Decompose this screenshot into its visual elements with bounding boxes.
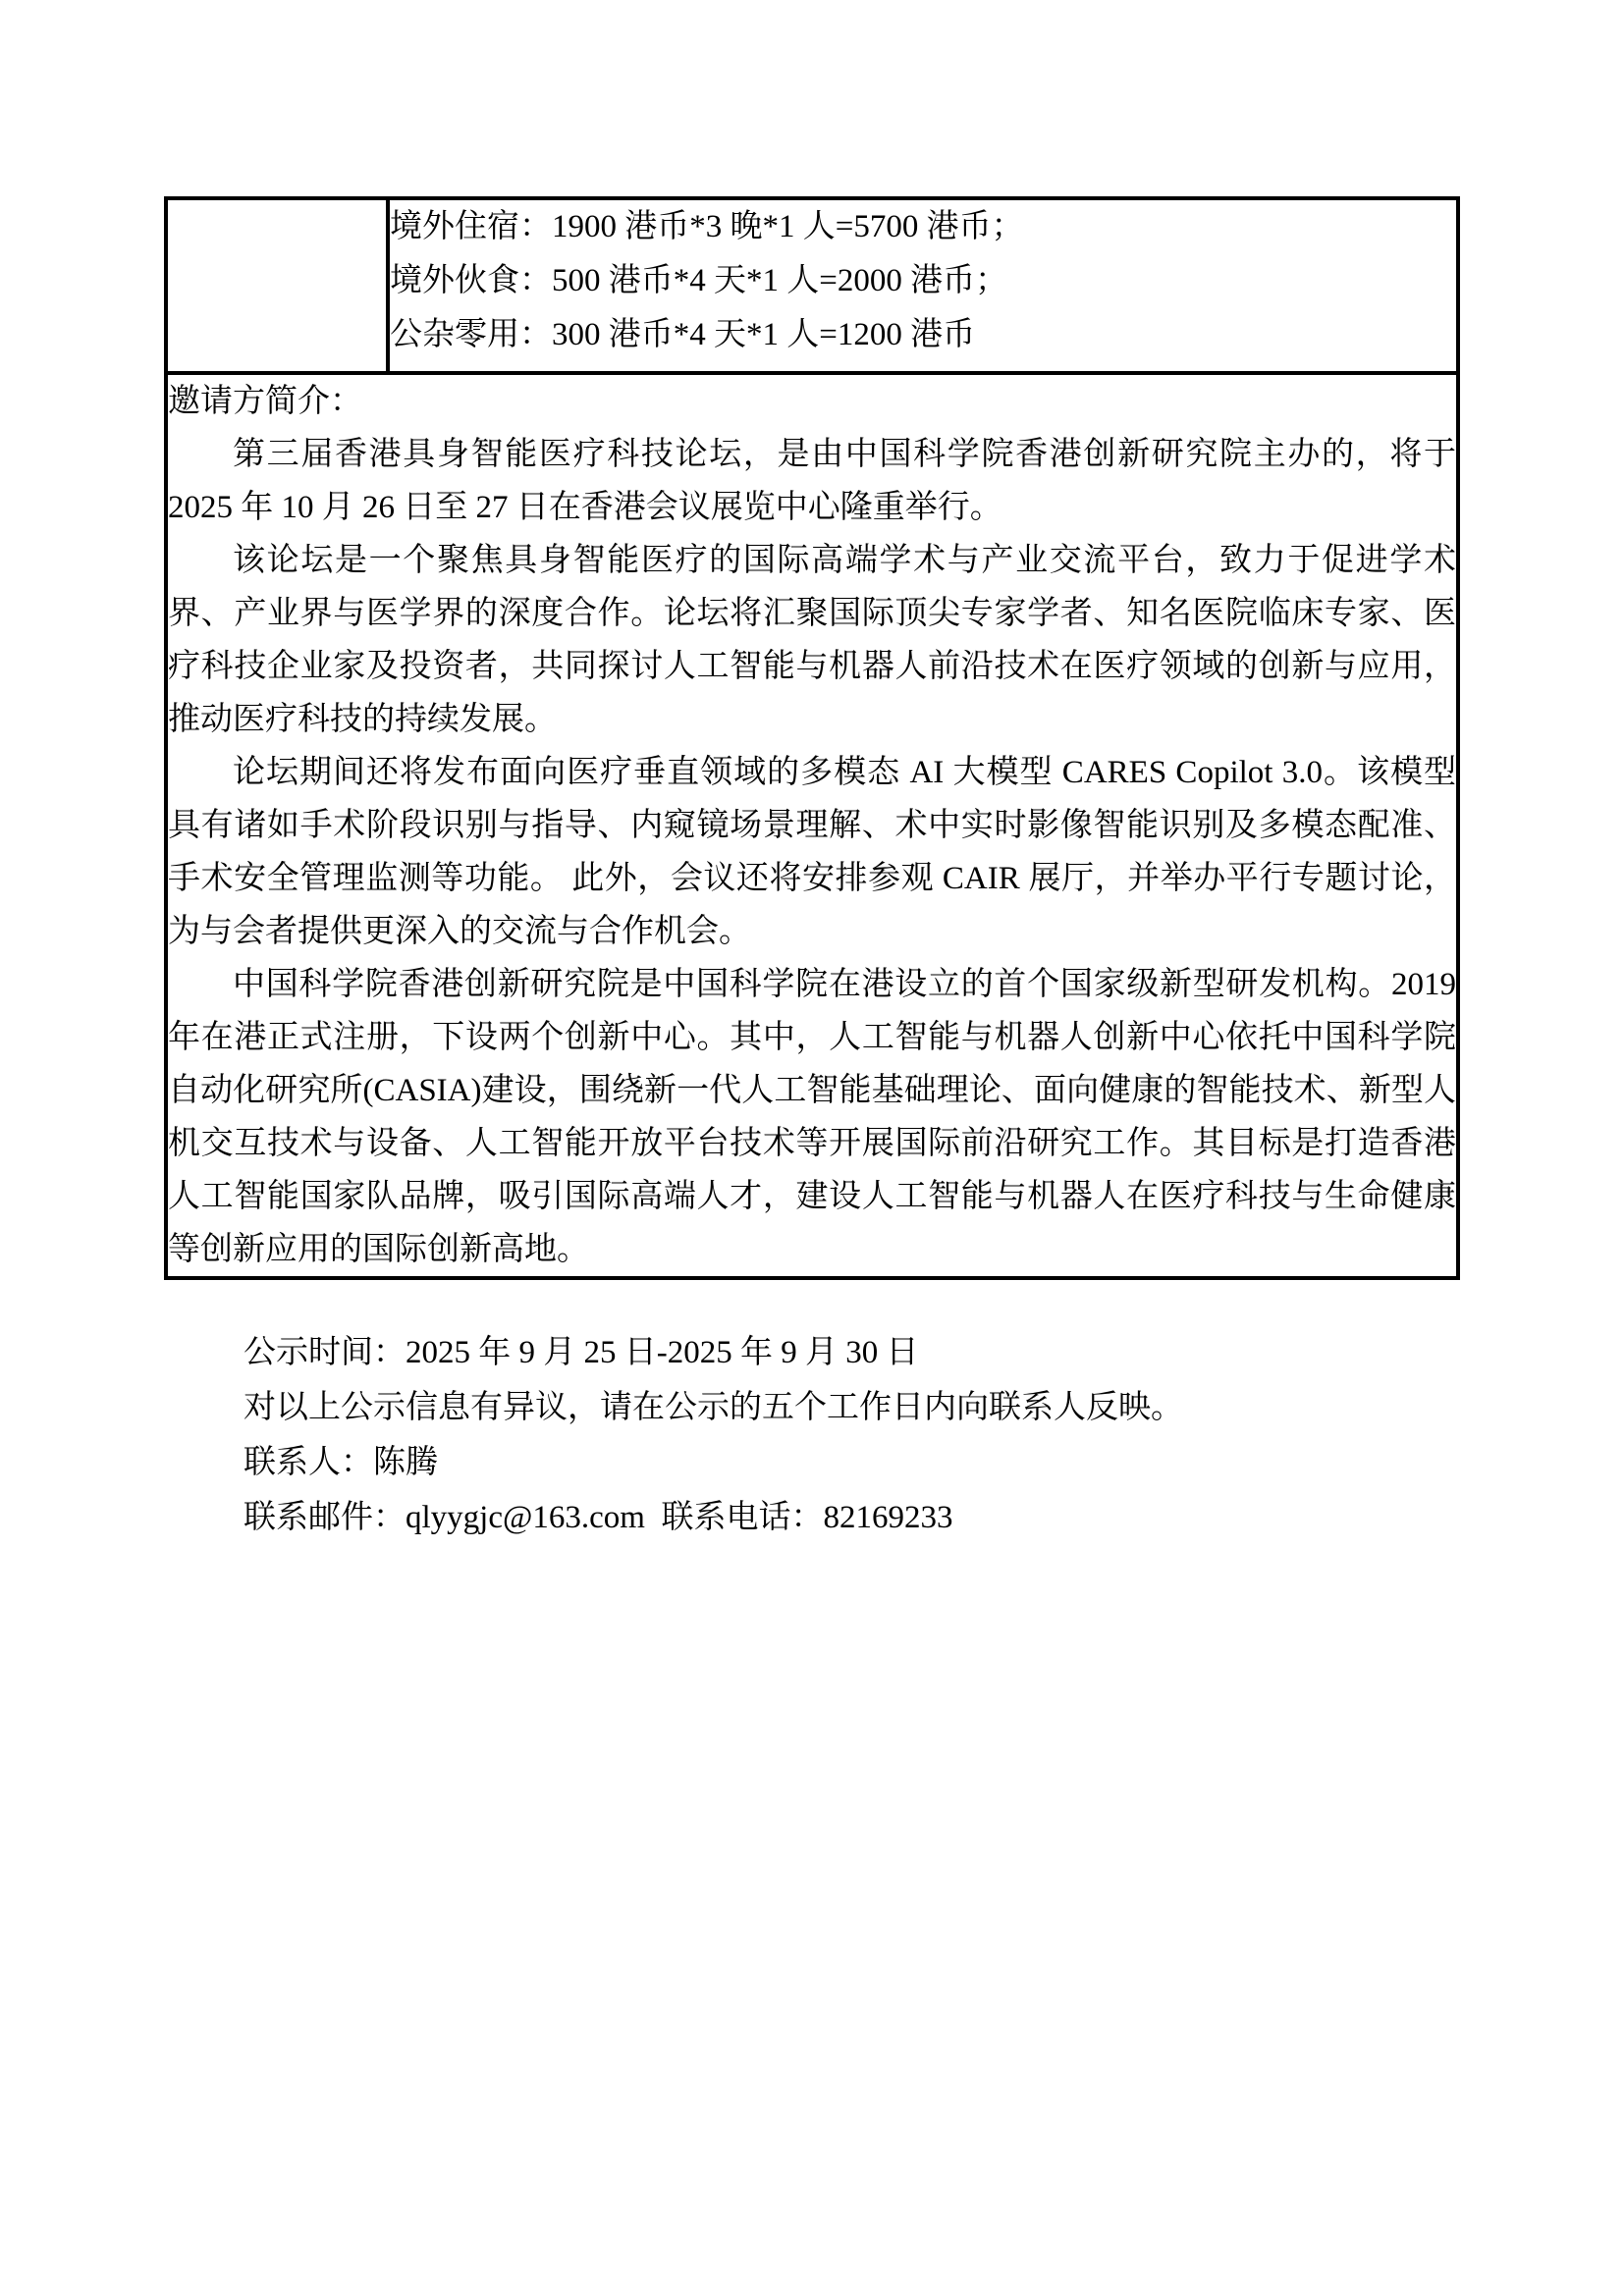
intro-paragraph-forum-overview: 第三届香港具身智能医疗科技论坛，是由中国科学院香港创新研究院主办的，将于 202… bbox=[168, 428, 1456, 534]
notice-objection-line: 对以上公示信息有异议，请在公示的五个工作日内向联系人反映。 bbox=[244, 1380, 1471, 1435]
intro-paragraph-cares-copilot: 论坛期间还将发布面向医疗垂直领域的多模态 AI 大模型 CARES Copilo… bbox=[168, 746, 1456, 958]
contact-person-line: 联系人：陈腾 bbox=[244, 1435, 1471, 1490]
intro-paragraph-cas-institute: 中国科学院香港创新研究院是中国科学院在港设立的首个国家级新型研发机构。2019 … bbox=[168, 958, 1456, 1276]
contact-email-phone-line: 联系邮件：qlyygjc@163.com 联系电话：82169233 bbox=[244, 1490, 1471, 1545]
expense-label-cell bbox=[166, 198, 388, 373]
intro-paragraph-forum-platform: 该论坛是一个聚焦具身智能医疗的国际高端学术与产业交流平台，致力于促进学术界、产业… bbox=[168, 534, 1456, 746]
inviter-intro-heading: 邀请方简介： bbox=[168, 375, 1456, 428]
cost-line-overseas-meals: 境外伙食：500 港币*4 天*1 人=2000 港币； bbox=[390, 254, 1456, 308]
public-notice-block: 公示时间：2025 年 9 月 25 日-2025 年 9 月 30 日 对以上… bbox=[244, 1325, 1471, 1545]
inviter-intro-row: 邀请方简介： 第三届香港具身智能医疗科技论坛，是由中国科学院香港创新研究院主办的… bbox=[166, 373, 1458, 1278]
cost-line-misc-expenses: 公杂零用：300 港币*4 天*1 人=1200 港币 bbox=[390, 308, 1456, 362]
cost-line-overseas-accommodation: 境外住宿：1900 港币*3 晚*1 人=5700 港币； bbox=[390, 200, 1456, 254]
expense-row: 境外住宿：1900 港币*3 晚*1 人=5700 港币； 境外伙食：500 港… bbox=[166, 198, 1458, 373]
notice-period-line: 公示时间：2025 年 9 月 25 日-2025 年 9 月 30 日 bbox=[244, 1325, 1471, 1380]
document-page: 境外住宿：1900 港币*3 晚*1 人=5700 港币； 境外伙食：500 港… bbox=[0, 0, 1624, 2296]
invitation-detail-table: 境外住宿：1900 港币*3 晚*1 人=5700 港币； 境外伙食：500 港… bbox=[164, 196, 1460, 1280]
inviter-intro-cell: 邀请方简介： 第三届香港具身智能医疗科技论坛，是由中国科学院香港创新研究院主办的… bbox=[166, 373, 1458, 1278]
expense-detail-cell: 境外住宿：1900 港币*3 晚*1 人=5700 港币； 境外伙食：500 港… bbox=[388, 198, 1458, 373]
